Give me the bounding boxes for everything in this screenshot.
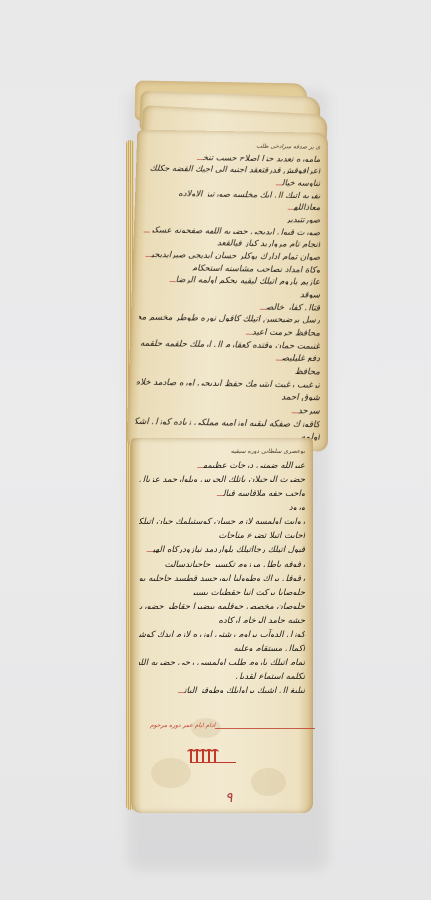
page-header: ی بر صدقه سرادخی طلب xyxy=(145,139,321,150)
manuscript-line: تمام اتیلك یاروم طلب اولمسی رحی حضریه ال… xyxy=(139,657,305,665)
manuscript-line: حضرت الرحیلان باتلك الحرس وبلوارحمد عزبا… xyxy=(139,474,305,482)
manuscript-line: معاذاللهـــ xyxy=(143,200,321,211)
manuscript-line: اعرافوقش قدرقتعقد اجنبه الی اجیك القضه ج… xyxy=(144,163,320,174)
foxing-stain xyxy=(151,758,191,788)
manuscript-line: محافظ xyxy=(137,363,320,375)
manuscript-line: غنیمت حمان وقتده كعقارم ال ارملك جلقمه ج… xyxy=(138,337,320,349)
manuscript-line: صورتتبدیر xyxy=(142,212,320,223)
manuscript-line: سوقد xyxy=(140,286,320,298)
manuscript-line: صوان تمام ادارك بوكلر حسان ایدیجی صبراید… xyxy=(141,249,320,261)
manuscript-line: تبلیغ ال اشیك براوایلك وطوقز الیاتـــ xyxy=(139,685,305,693)
manuscript-line: قبول اتیلك رجااتیلك بلواردمد نیازودركاه … xyxy=(139,544,305,552)
page-header: بوعصری سلطانی دوره سبقیه xyxy=(139,446,305,454)
manuscript-line: كاقوزك صفكه لیقیه اوزامیه مملكی زیاده كو… xyxy=(135,415,319,427)
manuscript-line: وكاة امداد نصاحب مشاسنه استحكام xyxy=(141,261,321,273)
manuscript-line: حلوصایا بركت انیا حقطیات بسیر xyxy=(139,587,305,595)
manuscript-line: دفع غلیلیصـــ xyxy=(138,350,320,362)
manuscript-line: ثناوسه خیالـــ xyxy=(143,175,320,186)
manuscript-line: روایت اولمسه لازم جسان كوستیلمك حیان اتی… xyxy=(139,516,305,524)
manuscript-line: نفریه اتیك ال ابك مخلسه صورتیز الاولاده xyxy=(143,187,320,198)
manuscript-line: سرحدـــ xyxy=(136,402,320,414)
upper-page-text: ی بر صدقه سرادخی طلب ماموره تعدید جزا اص… xyxy=(135,139,320,441)
manuscript-line: رسل برضیحسن اتیلك كاقول نوره طوطر مخسم م… xyxy=(139,312,320,324)
manuscript-line: اكمال مستقام وعلیه xyxy=(139,643,305,651)
manuscript-line: اجابت اتیلا تضرع مناجات xyxy=(139,530,305,538)
manuscript-line: محافظ حرمت اعیدـــ xyxy=(138,325,320,337)
lower-page-text: بوعصری سلطانی دوره سبقیه عبرالله ضمنی در… xyxy=(139,446,305,693)
manuscript-line: عازیم یاروم اتیلك لیقیه بحكم اولمه الرضا… xyxy=(140,274,320,286)
red-ink-flourish xyxy=(215,728,315,729)
manuscript-line: حلوصان مخصص جوقلمه بیضیرا حقاطر حضوریـــ xyxy=(139,601,305,609)
doodle-baseline xyxy=(190,762,236,763)
red-ink-annotation: ادام ایام عمر دوره مرحوم xyxy=(150,722,215,729)
manuscript-line: صورت قبول ایدیجی حضریه اللهه صفحونه عسكر… xyxy=(142,224,320,236)
foxing-stain xyxy=(251,768,286,796)
red-ink-doodle xyxy=(190,745,240,763)
manuscript-line: ماموره تعدید جزا اصلاح حسب تنخـــ xyxy=(144,151,320,162)
manuscript-line: رقوقه باطل مرزوم تكسیر حاجیاندسالت xyxy=(139,559,305,567)
manuscript-line: شوق احمد xyxy=(136,389,320,401)
manuscript-line: كوزل الدوآب براوم رشتی اوزره لازم ایدك ك… xyxy=(139,629,305,637)
photo-scene: ی بر صدقه سرادخی طلب ماموره تعدید جزا اص… xyxy=(0,0,431,900)
upper-manuscript-page: ی بر صدقه سرادخی طلب ماموره تعدید جزا اص… xyxy=(126,130,328,452)
manuscript-line: ورود xyxy=(139,502,305,510)
manuscript-line: حشه حامد الرخام اركاده xyxy=(139,615,305,623)
page-number: ٩ xyxy=(225,790,233,806)
manuscript-line: واجب حفه ملاقاسه قیالـــ xyxy=(139,488,305,496)
manuscript-line: قتال كفار خالصـــ xyxy=(139,299,320,311)
manuscript-line: تكلمه استماع لقدیل xyxy=(139,671,305,679)
manuscript-line: ترغیب رغبت ایتیرمك حفظ ایدیجی اوره صادمد… xyxy=(137,376,320,388)
manuscript-line: رقوقل یراك وطوولیا ابورحسد قطسد حاجلیه ب… xyxy=(139,573,305,581)
manuscript-line: انجام تام مروارید كباز فیالقعد xyxy=(141,237,320,249)
manuscript-line: عبرالله ضمنی درجات عظیمهـــ xyxy=(139,460,305,468)
